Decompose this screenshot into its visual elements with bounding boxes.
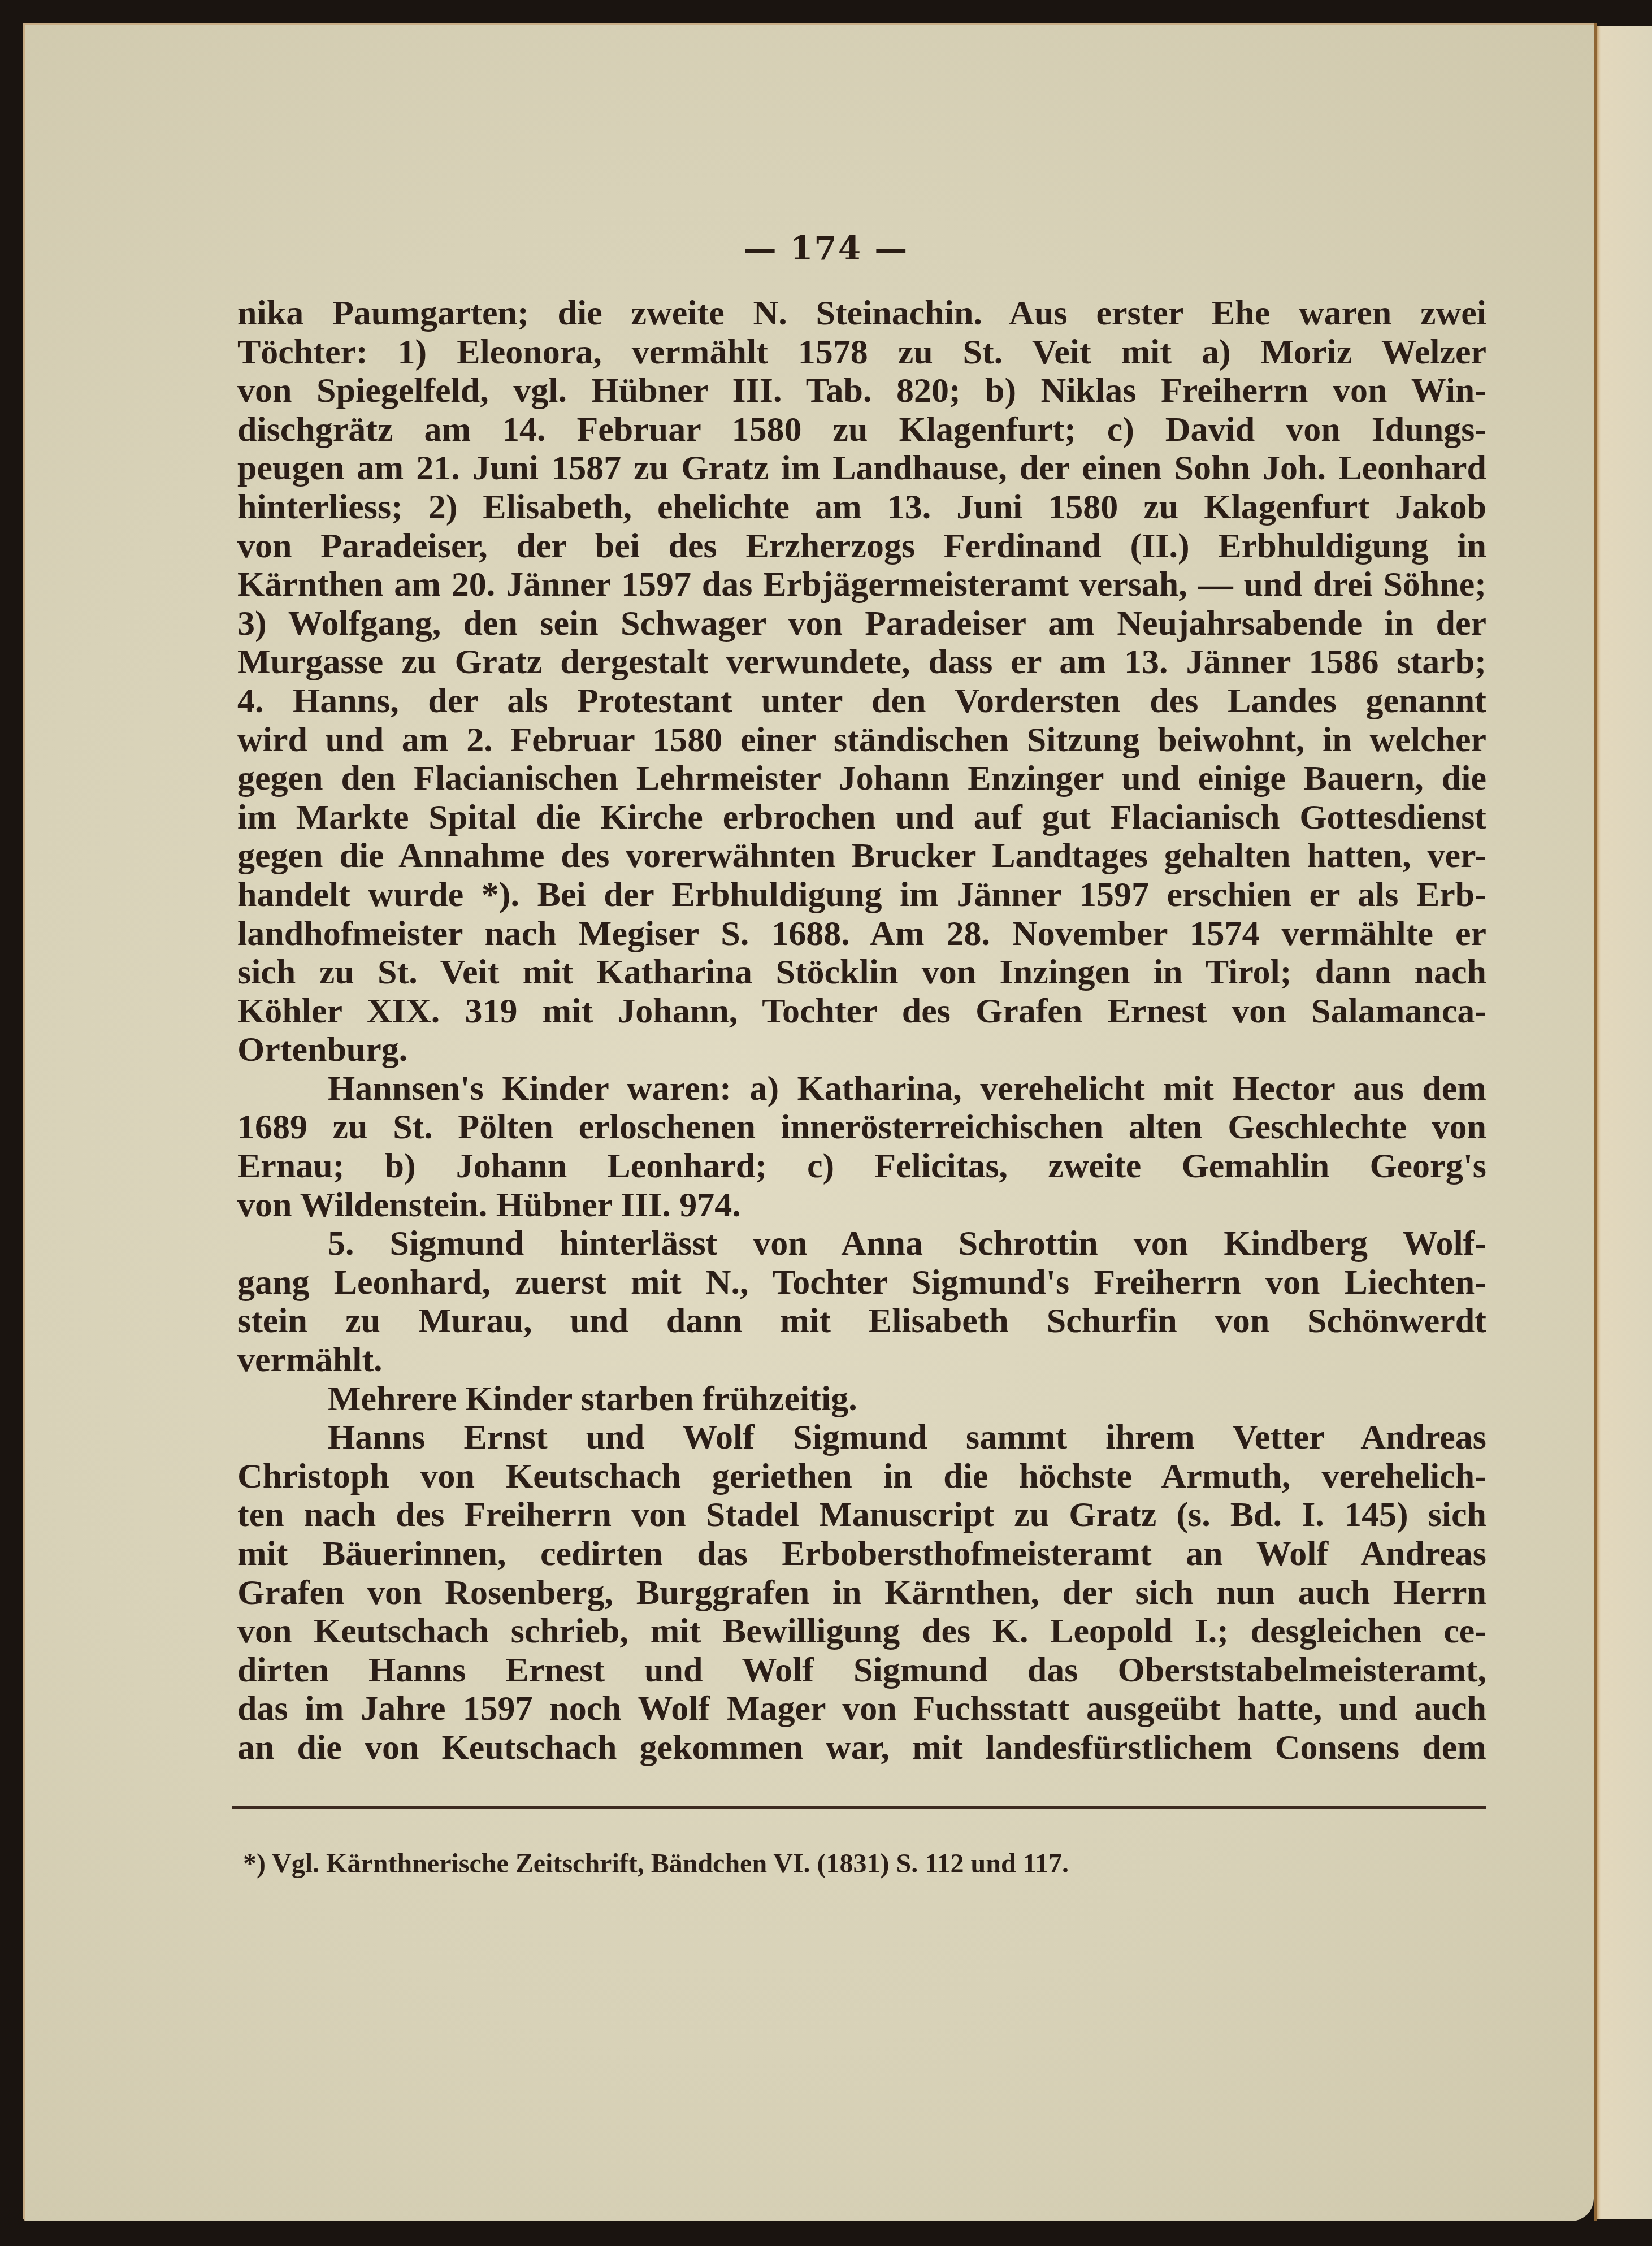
adjacent-page-edge <box>1597 26 1652 2219</box>
text-line: Köhler XIX. 319 mit Johann, Tochter des … <box>237 992 1486 1031</box>
footnote: *) Vgl. Kärnthnerische Zeitschrift, Bänd… <box>243 1848 1069 1879</box>
text-line: von Paradeiser, der bei des Erzherzogs F… <box>237 527 1486 566</box>
text-line: Mehrere Kinder starben frühzeitig. <box>237 1380 1486 1419</box>
text-line: hinterliess; 2) Elisabeth, ehelichte am … <box>237 488 1486 527</box>
text-line: wird und am 2. Februar 1580 einer ständi… <box>237 721 1486 760</box>
text-line: mit Bäuerinnen, cedirten das Erboberstho… <box>237 1534 1486 1573</box>
page-number: — 174 — <box>0 229 1652 267</box>
text-line: 4. Hanns, der als Protestant unter den V… <box>237 682 1486 721</box>
text-line: das im Jahre 1597 noch Wolf Mager von Fu… <box>237 1689 1486 1728</box>
text-line: Töchter: 1) Eleonora, vermählt 1578 zu S… <box>237 333 1486 372</box>
footnote-divider <box>232 1806 1486 1809</box>
text-line: sich zu St. Veit mit Katharina Stöcklin … <box>237 953 1486 992</box>
text-line: handelt wurde *). Bei der Erbhuldigung i… <box>237 875 1486 914</box>
text-line: Hanns Ernst und Wolf Sigmund sammt ihrem… <box>237 1418 1486 1457</box>
text-line: gegen den Flacianischen Lehrmeister Joha… <box>237 759 1486 798</box>
text-line: 1689 zu St. Pölten erloschenen inneröste… <box>237 1108 1486 1147</box>
text-line: Kärnthen am 20. Jänner 1597 das Erbjäger… <box>237 565 1486 604</box>
text-line: dirten Hanns Ernest und Wolf Sigmund das… <box>237 1651 1486 1690</box>
text-line: Christoph von Keutschach geriethen in di… <box>237 1457 1486 1496</box>
text-line: Ortenburg. <box>237 1030 1486 1069</box>
text-line: Hannsen's Kinder waren: a) Katharina, ve… <box>237 1069 1486 1108</box>
text-line: gegen die Annahme des vorerwähnten Bruck… <box>237 836 1486 875</box>
text-line: dischgrätz am 14. Februar 1580 zu Klagen… <box>237 410 1486 449</box>
body-text: nika Paumgarten; die zweite N. Steinachi… <box>237 294 1486 1767</box>
text-line: stein zu Murau, und dann mit Elisabeth S… <box>237 1302 1486 1341</box>
text-line: von Spiegelfeld, vgl. Hübner III. Tab. 8… <box>237 371 1486 410</box>
text-line: gang Leonhard, zuerst mit N., Tochter Si… <box>237 1263 1486 1302</box>
text-line: an die von Keutschach gekommen war, mit … <box>237 1728 1486 1767</box>
text-line: von Keutschach schrieb, mit Bewilligung … <box>237 1612 1486 1651</box>
text-line: Grafen von Rosenberg, Burggrafen in Kärn… <box>237 1573 1486 1612</box>
text-line: ten nach des Freiherrn von Stadel Manusc… <box>237 1495 1486 1534</box>
text-line: nika Paumgarten; die zweite N. Steinachi… <box>237 294 1486 333</box>
text-line: 3) Wolfgang, den sein Schwager von Parad… <box>237 604 1486 643</box>
text-line: im Markte Spital die Kirche erbrochen un… <box>237 798 1486 837</box>
text-line: vermählt. <box>237 1341 1486 1380</box>
text-line: 5. Sigmund hinterlässt von Anna Schrotti… <box>237 1224 1486 1263</box>
text-line: peugen am 21. Juni 1587 zu Gratz im Land… <box>237 449 1486 488</box>
text-line: Murgasse zu Gratz dergestalt verwundete,… <box>237 643 1486 682</box>
text-line: landhofmeister nach Megiser S. 1688. Am … <box>237 914 1486 953</box>
text-line: Ernau; b) Johann Leonhard; c) Felicitas,… <box>237 1147 1486 1186</box>
text-line: von Wildenstein. Hübner III. 974. <box>237 1186 1486 1225</box>
